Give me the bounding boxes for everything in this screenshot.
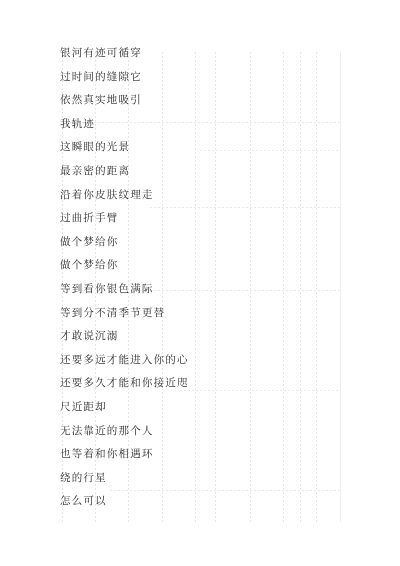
- lyric-line: 过曲折手臂: [60, 211, 189, 235]
- lyric-line: 做个梦给你: [60, 235, 189, 259]
- grid-line: [215, 52, 216, 522]
- lyric-line: 绕的行星: [60, 471, 189, 495]
- lyric-line: 沿着你皮肤纹理走: [60, 188, 189, 212]
- lyric-line: 怎么可以: [60, 494, 189, 518]
- grid-line: [195, 52, 196, 522]
- lyric-line: 无法靠近的那个人: [60, 424, 189, 448]
- grid-line: [283, 52, 284, 522]
- lyric-line: 尺近距却: [60, 400, 189, 424]
- lyric-line: 也等着和你相遇环: [60, 447, 189, 471]
- lyric-line: 最亲密的距离: [60, 164, 189, 188]
- document-page: 银河有迹可循穿 过时间的缝隙它 依然真实地吸引 我轨迹 这瞬眼的光景 最亲密的距…: [0, 0, 400, 566]
- lyric-line: 这瞬眼的光景: [60, 140, 189, 164]
- lyric-line: 我轨迹: [60, 117, 189, 141]
- grid-line: [180, 390, 340, 391]
- lyric-line: 还要多远才能进入你的心: [60, 353, 189, 377]
- lyrics-list: 银河有迹可循穿 过时间的缝隙它 依然真实地吸引 我轨迹 这瞬眼的光景 最亲密的距…: [60, 46, 189, 518]
- lyric-line: 等到分不清季节更替: [60, 306, 189, 330]
- lyric-line: 过时间的缝隙它: [60, 70, 189, 94]
- lyric-line: 做个梦给你: [60, 258, 189, 282]
- grid-line: [340, 52, 341, 522]
- lyric-line: 依然真实地吸引: [60, 93, 189, 117]
- grid-line: [300, 52, 301, 522]
- lyric-line: 银河有迹可循穿: [60, 46, 189, 70]
- grid-line: [200, 150, 340, 151]
- lyric-line: 还要多久才能和你接近咫: [60, 376, 189, 400]
- lyric-line: 才敢说沉溺: [60, 329, 189, 353]
- grid-line: [316, 52, 317, 522]
- grid-line: [250, 52, 251, 522]
- lyric-line: 等到看你银色满际: [60, 282, 189, 306]
